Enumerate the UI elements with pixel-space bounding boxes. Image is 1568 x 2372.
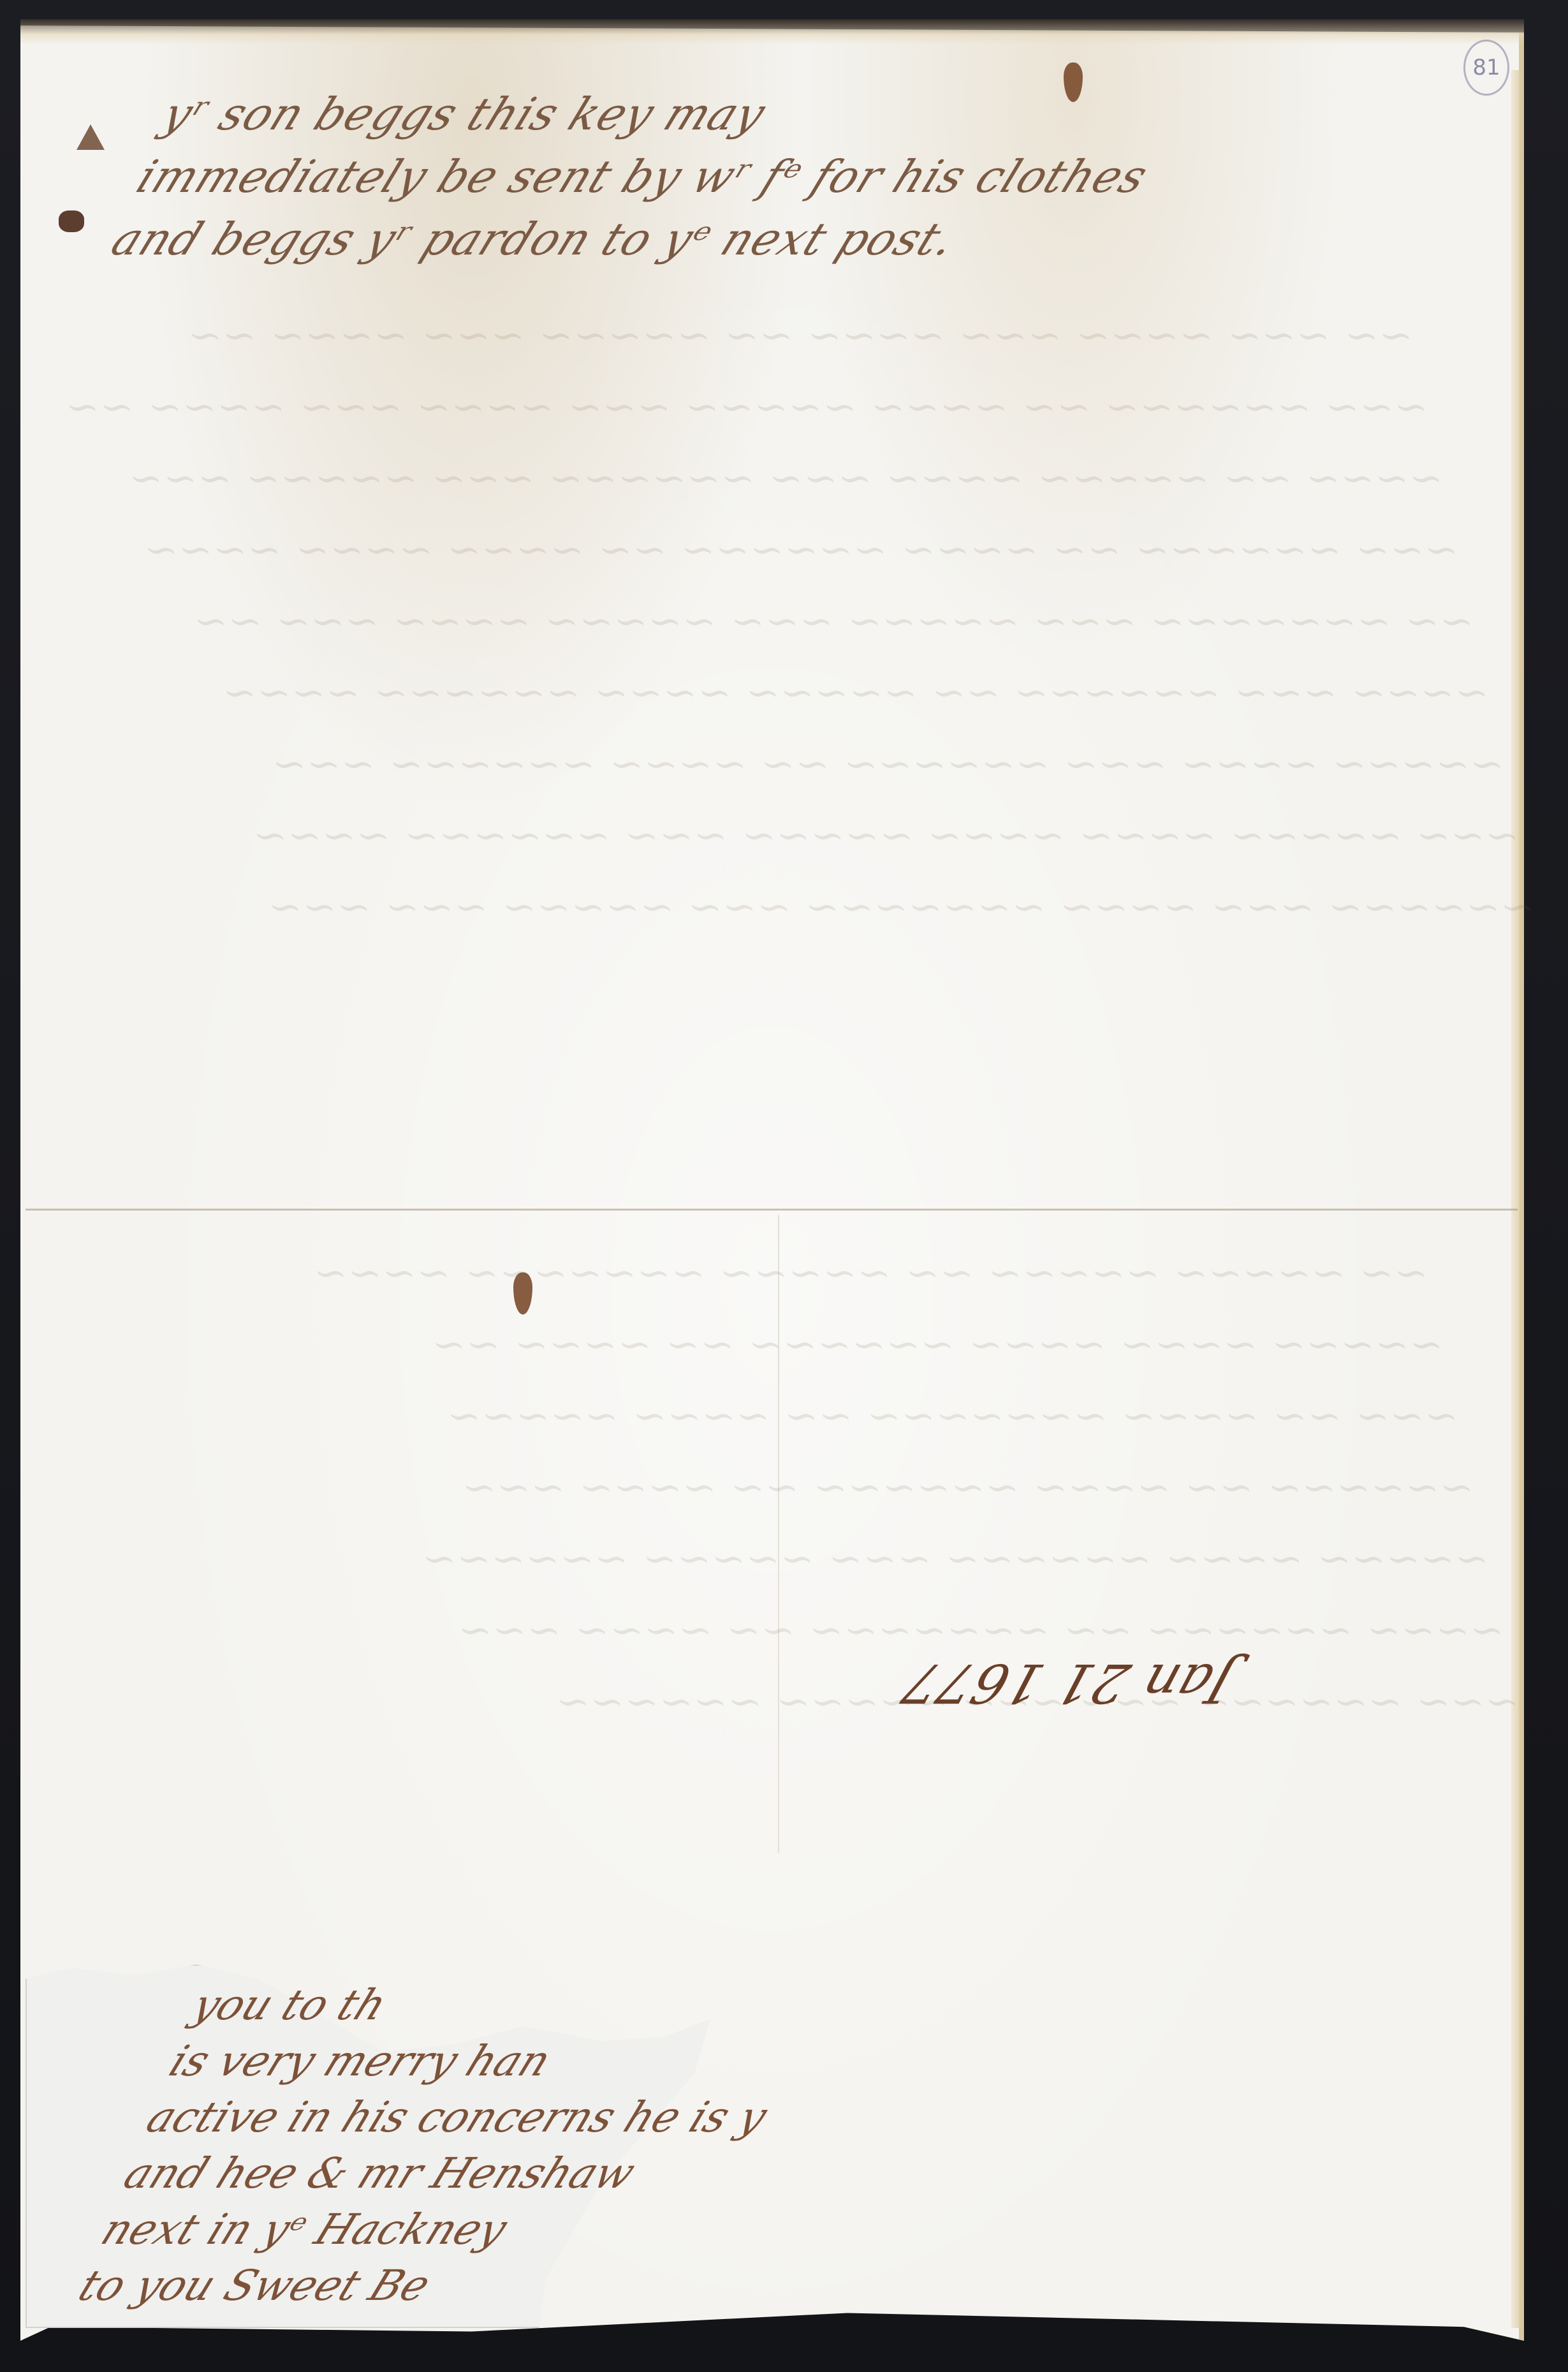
patch-note-line-5: next in yᵉ Hackney (93, 2202, 731, 2258)
top-note: yʳ son beggs this key may immediately be… (102, 83, 1183, 270)
page-right-edge-binding (1511, 70, 1523, 2328)
page-top-edge-stain (20, 19, 1524, 45)
docket-date: Jan 21 1677 (895, 1652, 1242, 1714)
folio-number-text: 81 (1472, 55, 1500, 80)
patch-note-line-6: to you Sweet Be (70, 2258, 708, 2314)
bleed-through-text-lower: ~~ ~~~~~ ~~~~~ ~~ ~~~~~ ~~~~~~~ ~~~~ ~~~… (49, 1237, 1527, 1737)
horizontal-fold-line (26, 1209, 1518, 1211)
bleed-through-text: ~~ ~~~ ~~~~ ~~~ ~~~~ ~~ ~~~~~ ~~~ ~~~~ ~… (34, 300, 1541, 943)
top-note-line-3: and beggs yʳ pardon to yᵉ next post. (102, 208, 1132, 270)
insertion-caret-mark (77, 124, 105, 150)
ink-smudge-left (59, 210, 84, 232)
patch-note-line-1: you to th (184, 1977, 821, 2033)
patch-note-line-4: and hee & mr Henshaw (115, 2146, 753, 2202)
folio-number: 81 (1463, 40, 1509, 96)
patch-note-line-2: is very merry han (161, 2033, 798, 2089)
patch-note-line-3: active in his concerns he is y (138, 2089, 776, 2146)
top-note-line-2: immediately be sent by wʳ fᵉ for his clo… (128, 145, 1158, 208)
top-note-line-1: yʳ son beggs this key may (152, 83, 1183, 145)
